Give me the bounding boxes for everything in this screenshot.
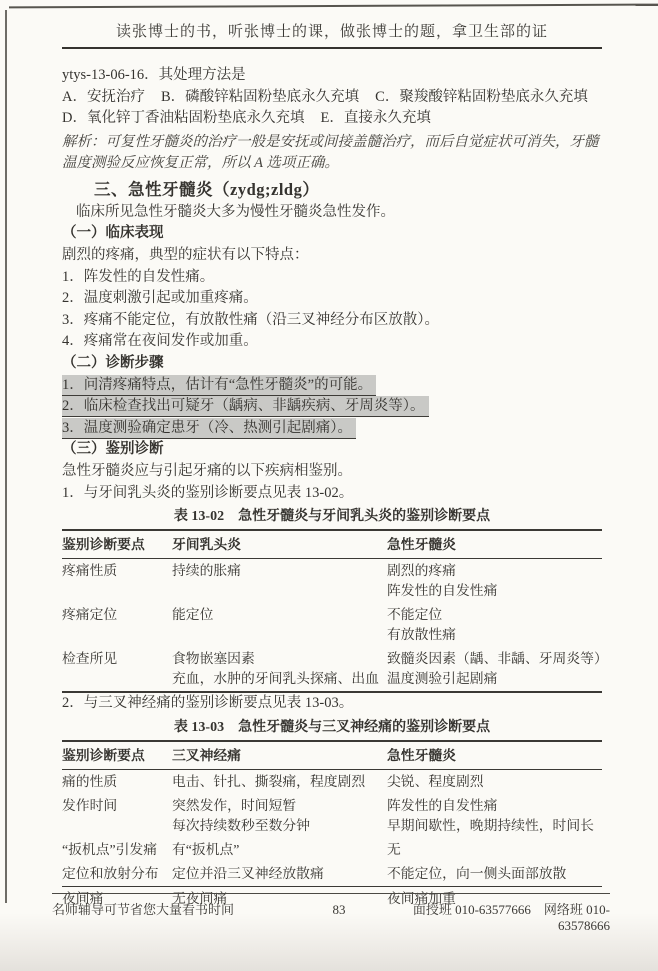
table-cell: 尖锐、程度剧烈 <box>387 772 602 792</box>
table-cell: 疼痛性质 <box>62 561 172 581</box>
table-cell: 定位并沿三叉神经放散痛 <box>172 864 387 884</box>
table-row: 检查所见 食物嵌塞因素 充血，水肿的牙间乳头探痛、出血 致髓炎因素（龋、非龋、牙… <box>62 647 602 691</box>
subsection-1-title: （一）临床表现 <box>62 223 602 245</box>
table-cell: 温度测验引起剧痛 <box>387 669 602 689</box>
table-cell: 充血，水肿的牙间乳头探痛、出血 <box>172 669 387 689</box>
question-analysis: 解析：可复性牙髓炎的治疗一般是安抚或间接盖髓治疗，而后自觉症状可消失，牙髓温度测… <box>62 132 602 174</box>
differential-lead: 急性牙髓炎应与引起牙痛的以下疾病相鉴别。 <box>62 461 602 483</box>
table-row: “扳机点”引发痛 有“扳机点” 无 <box>62 838 602 862</box>
table-cell: 阵发性的自发性痛 <box>387 796 602 816</box>
table-13-02-header-2: 牙间乳头炎 <box>172 535 387 555</box>
table-cell: 阵发性的自发性痛 <box>387 581 602 601</box>
footer-page-number: 83 <box>304 902 374 918</box>
table-cell: 检查所见 <box>62 649 172 669</box>
table-row: 疼痛定位 能定位 不能定位 有放散性痛 <box>62 603 602 647</box>
question-stem: ytys-13-06-16．其处理方法是 <box>62 65 602 87</box>
differential-item-2: 2．与三叉神经痛的鉴别诊断要点见表 13-03。 <box>62 693 602 715</box>
section-title: 三、急性牙髓炎（zydg;zldg） <box>94 178 602 202</box>
table-cell: 致髓炎因素（龋、非龋、牙周炎等） <box>387 649 602 669</box>
table-row: 发作时间 突然发作，时间短暂 每次持续数秒至数分钟 阵发性的自发性痛 早期间歇性… <box>62 794 602 838</box>
table-row: 痛的性质 电击、针扎、撕裂痛，程度剧烈 尖锐、程度剧烈 <box>62 770 602 794</box>
table-cell: 每次持续数秒至数分钟 <box>172 816 387 836</box>
clinical-lead: 剧烈的疼痛，典型的症状有以下特点： <box>62 245 602 267</box>
question-options-row1: A．安抚治疗 B．磷酸锌粘固粉垫底永久充填 C．聚羧酸锌粘固粉垫底永久充填 <box>62 87 602 109</box>
clinical-item-3: 3．疼痛不能定位，有放散性痛（沿三叉神经分布区放散）。 <box>62 310 602 332</box>
scanned-page-screen: 读张博士的书，听张博士的课，做张博士的题，拿卫生部的证 ytys-13-06-1… <box>0 0 658 971</box>
clinical-item-2: 2．温度刺激引起或加重疼痛。 <box>62 288 602 310</box>
footer-contact: 面授班 010-63577666 网络班 010-63578666 <box>374 899 610 934</box>
page-content: 读张博士的书，听张博士的课，做张博士的题，拿卫生部的证 ytys-13-06-1… <box>62 0 602 911</box>
table-cell: 定位和放射分布 <box>62 864 172 884</box>
header-slogan: 读张博士的书，听张博士的课，做张博士的题，拿卫生部的证 <box>62 22 602 42</box>
option-d: D．氧化锌丁香油粘固粉垫底永久充填 <box>62 108 304 130</box>
table-13-02-caption: 表 13-02 急性牙髓炎与牙间乳头炎的鉴别诊断要点 <box>62 506 602 527</box>
question-options-row2: D．氧化锌丁香油粘固粉垫底永久充填 E．直接永久充填 <box>62 108 602 130</box>
table-cell: 疼痛定位 <box>62 605 172 625</box>
table-13-03-caption: 表 13-03 急性牙髓炎与三叉神经痛的鉴别诊断要点 <box>62 717 602 738</box>
table-cell: 突然发作，时间短暂 <box>172 796 387 816</box>
table-13-02-header-3: 急性牙髓炎 <box>387 535 602 555</box>
table-cell: 早期间歇性，晚期持续性，时间长 <box>387 816 602 836</box>
clinical-item-4: 4．疼痛常在夜间发作或加重。 <box>62 331 602 353</box>
section-intro: 临床所见急性牙髓炎大多为慢性牙髓炎急性发作。 <box>62 202 602 224</box>
table-13-03-header-row: 鉴别诊断要点 三叉神经痛 急性牙髓炎 <box>62 742 602 770</box>
table-cell: 不能定位 <box>387 605 602 625</box>
option-c: C．聚羧酸锌粘固粉垫底永久充填 <box>375 87 588 109</box>
table-cell: 有“扳机点” <box>172 840 387 860</box>
diagnosis-step-3: 3．温度测验确定患牙（冷、热测引起剧痛）。 <box>62 418 356 439</box>
table-cell: 能定位 <box>172 605 387 625</box>
diagnosis-step-1: 1．问清疼痛特点，估计有“急性牙髓炎”的可能。 <box>62 375 376 396</box>
option-e: E．直接永久充填 <box>320 108 430 130</box>
table-cell: 剧烈的疼痛 <box>387 561 602 581</box>
header-rule <box>62 47 602 49</box>
subsection-3-title: （三）鉴别诊断 <box>62 439 602 461</box>
table-row: 定位和放射分布 定位并沿三叉神经放散痛 不能定位，向一侧头面部放散 <box>62 862 602 886</box>
table-cell: 食物嵌塞因素 <box>172 649 387 669</box>
table-cell: “扳机点”引发痛 <box>62 840 172 860</box>
table-cell: 无 <box>387 840 602 860</box>
page-footer: 名师辅导可节省您大量看书时间 83 面授班 010-63577666 网络班 0… <box>52 893 610 934</box>
diagnosis-step-2: 2．临床检查找出可疑牙（龋病、非龋疾病、牙周炎等）。 <box>62 396 429 417</box>
table-13-03-header-1: 鉴别诊断要点 <box>62 746 172 766</box>
table-cell: 不能定位，向一侧头面部放散 <box>387 864 602 884</box>
option-b: B．磷酸锌粘固粉垫底永久充填 <box>161 87 359 109</box>
table-13-02: 鉴别诊断要点 牙间乳头炎 急性牙髓炎 疼痛性质 持续的胀痛 剧烈的疼痛 阵发性的… <box>62 529 602 693</box>
table-13-02-header-1: 鉴别诊断要点 <box>62 535 172 555</box>
table-cell: 痛的性质 <box>62 772 172 792</box>
table-cell: 有放散性痛 <box>387 625 602 645</box>
table-13-03-header-3: 急性牙髓炎 <box>387 746 602 766</box>
table-row: 疼痛性质 持续的胀痛 剧烈的疼痛 阵发性的自发性痛 <box>62 559 602 603</box>
footer-slogan: 名师辅导可节省您大量看书时间 <box>52 899 304 918</box>
table-13-03: 鉴别诊断要点 三叉神经痛 急性牙髓炎 痛的性质 电击、针扎、撕裂痛，程度剧烈 尖… <box>62 740 602 911</box>
table-cell: 电击、针扎、撕裂痛，程度剧烈 <box>172 772 387 792</box>
table-13-02-header-row: 鉴别诊断要点 牙间乳头炎 急性牙髓炎 <box>62 531 602 559</box>
page: 读张博士的书，听张博士的课，做张博士的题，拿卫生部的证 ytys-13-06-1… <box>0 0 658 971</box>
option-a: A．安抚治疗 <box>62 87 145 109</box>
clinical-item-1: 1．阵发性的自发性痛。 <box>62 267 602 289</box>
table-cell: 持续的胀痛 <box>172 561 387 581</box>
table-cell: 发作时间 <box>62 796 172 816</box>
table-13-03-header-2: 三叉神经痛 <box>172 746 387 766</box>
subsection-2-title: （二）诊断步骤 <box>62 353 602 375</box>
scan-edge-left <box>5 10 7 903</box>
differential-item-1: 1．与牙间乳头炎的鉴别诊断要点见表 13-02。 <box>62 483 602 505</box>
